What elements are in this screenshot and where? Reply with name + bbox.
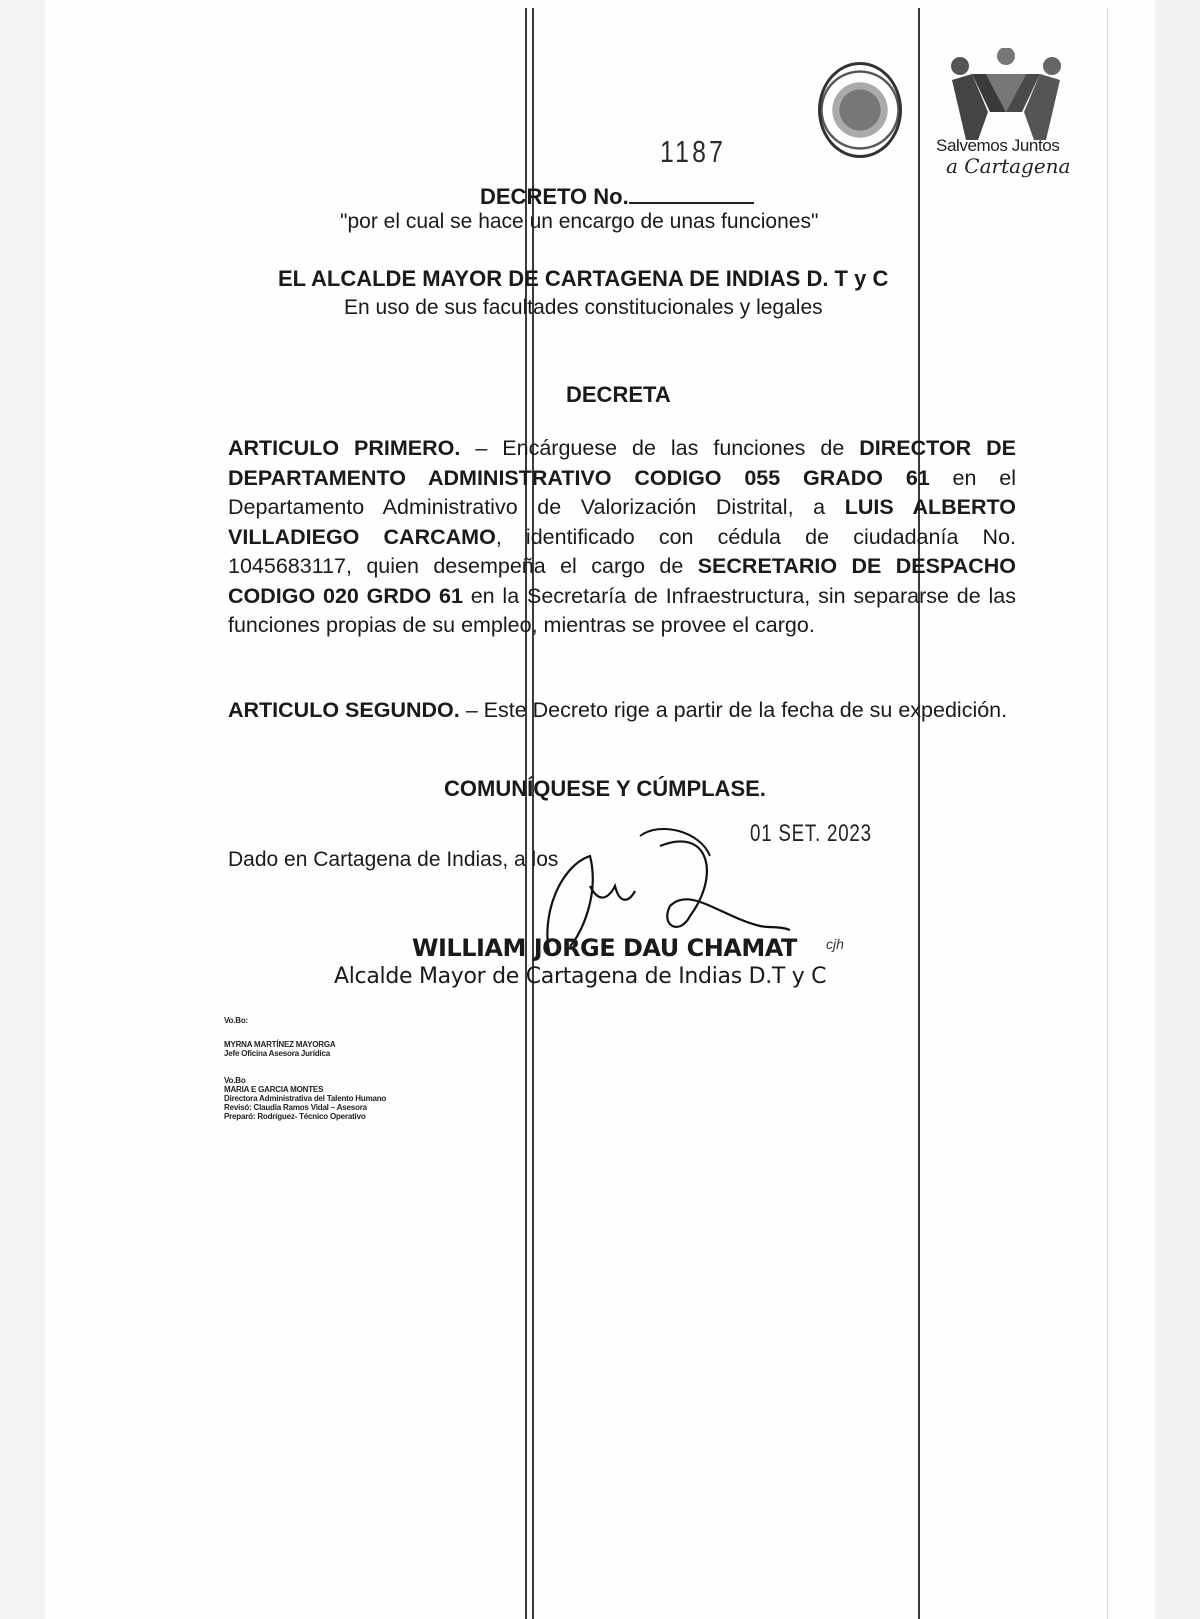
seal-icon — [818, 62, 902, 158]
closing-formula: COMUNÍQUESE Y CÚMPLASE. — [444, 776, 766, 802]
approval-2-name: MARIA E GARCIA MONTES — [224, 1085, 323, 1094]
signer-role: Alcalde Mayor de Cartagena de Indias D.T… — [334, 964, 826, 989]
signer-name: WILLIAM JORGE DAU CHAMAT — [412, 934, 797, 962]
logo-text-line1: Salvemos Juntos — [936, 136, 1059, 156]
prepared-by: Preparó: Rodríguez- Técnico Operativo — [224, 1112, 366, 1121]
article-segundo: ARTICULO SEGUNDO. – Este Decreto rige a … — [228, 696, 1016, 726]
scan-line — [918, 8, 920, 1619]
decree-number-stamp: 1187 — [660, 134, 726, 170]
article-bold-text: ARTICULO PRIMERO. — [228, 436, 460, 460]
signer-initials: cjh — [826, 936, 844, 952]
reviewed-by: Revisó: Claudia Ramos Vidal – Asesora — [224, 1103, 367, 1112]
scan-line-faint — [1107, 8, 1108, 1619]
article-text: – Este Decreto rige a partir de la fecha… — [460, 698, 1007, 722]
given-at-text: Dado en Cartagena de Indias, a los — [228, 848, 558, 872]
article-primero: ARTICULO PRIMERO. – Encárguese de las fu… — [228, 434, 1016, 641]
approval-2-role: Directora Administrativa del Talento Hum… — [224, 1094, 386, 1103]
decree-title-text: DECRETO No. — [480, 184, 629, 209]
scan-line — [532, 8, 534, 1619]
approval-1-label: Vo.Bo: — [224, 1016, 248, 1025]
document-page — [45, 0, 1155, 1619]
decree-number-blank — [629, 182, 754, 204]
approval-2-label: Vo.Bo — [224, 1076, 246, 1085]
decree-title: DECRETO No. — [480, 182, 754, 210]
decreta-heading: DECRETA — [566, 382, 671, 408]
decree-subtitle: "por el cual se hace un encargo de unas … — [340, 210, 818, 234]
article-text: – Encárguese de las funciones de — [460, 436, 859, 460]
authority-subheading: En uso de sus facultades constitucionale… — [344, 296, 823, 320]
authority-heading: EL ALCALDE MAYOR DE CARTAGENA DE INDIAS … — [278, 266, 888, 292]
viewer-margin — [1155, 0, 1200, 1619]
logo-text-line2: a Cartagena — [946, 154, 1070, 178]
approval-1-name: MYRNA MARTÍNEZ MAYORGA — [224, 1040, 335, 1049]
scan-line — [525, 8, 527, 1619]
article-bold-text: ARTICULO SEGUNDO. — [228, 698, 460, 722]
approval-1-role: Jefe Oficina Asesora Jurídica — [224, 1049, 330, 1058]
people-m-logo-icon — [946, 48, 1066, 148]
